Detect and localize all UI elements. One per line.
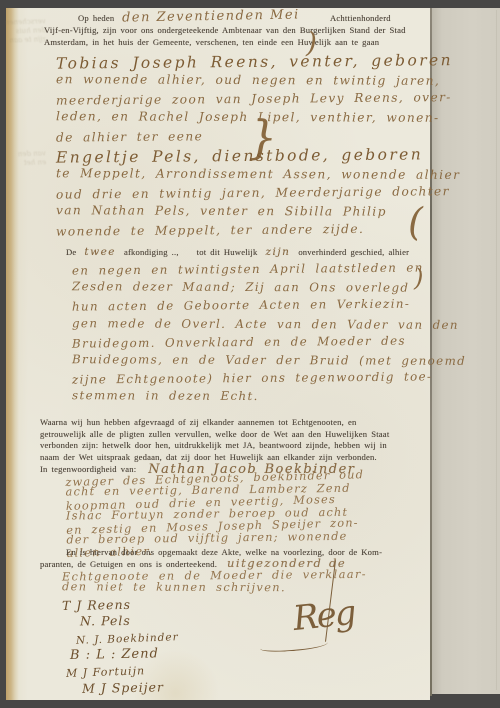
facing-page [432, 8, 500, 694]
date-handwritten: den Zeventienden Mei [122, 7, 300, 25]
bride-paragraph: Engeltje Pels, dienstbode, geborente Mep… [56, 147, 426, 239]
bride-paren-icon: ( [408, 200, 423, 244]
facing-page-edge [496, 10, 497, 690]
text-line: te Meppelt, Arrondissement Assen, wonend… [56, 165, 426, 185]
text-line: gen mede de Overl. Acte van den Vader va… [72, 314, 432, 334]
witnesses-paragraph: zwager des Echtgenoots, boekbinder oudac… [65, 469, 446, 559]
bleed-through-text: van den en het [6, 149, 47, 168]
text-line: leden, en Rachel Joseph Lipel, venthier,… [56, 107, 426, 127]
official-signature: Reg [291, 593, 356, 639]
text-line: Bruidegom. Onverklaard en de Moeder des [72, 331, 432, 352]
text-line: van Nathan Pels, venter en Sibilla Phili… [56, 201, 426, 221]
text-line: de alhier ter eene [56, 125, 426, 147]
bleed-through-text: verschenen den huis zijn te aan [2, 17, 47, 46]
text-line: B : L : Zend [70, 646, 179, 664]
text-line: stemmen in dezen Echt. [72, 387, 432, 407]
signature-list: T J ReensN. PelsN. J. BoekbinderB : L : … [62, 597, 179, 696]
opening-line-3: Amsterdam, in het huis der Gemeente, ver… [44, 37, 422, 49]
text-line: Waarna wij hun hebben afgevraagd of zij … [40, 417, 460, 429]
banns-zijn-handwritten: zijn [265, 246, 290, 258]
banns-paragraph: en negen en twintigsten April laatstlede… [72, 260, 432, 406]
banns-mid: tot dit Huwelijk [197, 247, 258, 257]
banns-count-handwritten: twee [84, 246, 116, 258]
text-line: M J Speijer [82, 679, 179, 697]
banns-word: afkondiging .., [124, 247, 179, 257]
banns-paren-icon: ) [414, 264, 423, 292]
text-line: en wonende alhier, oud negen en twintig … [56, 71, 426, 91]
year-word: Achttienhonderd [330, 13, 391, 25]
text-line: N. Pels [80, 613, 179, 630]
text-line: T J Reens [62, 596, 179, 614]
text-line: hun acten de Geboorte Acten en Verkiezin… [72, 295, 432, 316]
opening-prefix: Op heden [78, 13, 114, 25]
vows-paragraph: Waarna wij hun hebben afgevraagd of zij … [40, 417, 460, 463]
banns-prefix: De [66, 247, 76, 257]
groom-paragraph: Tobias Joseph Reens, venter, geborenen w… [56, 53, 426, 145]
text-line: verbonden zijn: hetwelk door hen, uitdru… [40, 440, 460, 452]
banns-line: De twee afkondiging .., tot dit Huwelijk… [66, 247, 422, 259]
document-scan: verschenen den huis zijn te aan van den … [0, 0, 500, 708]
text-line: wonende te Meppelt, ter andere zijde. [56, 219, 426, 241]
text-line: getrouwelijk alle de pligten zullen verv… [40, 429, 460, 441]
opening-line-2: Vijf-en-Vijftig, zijn voor ons ondergete… [44, 25, 422, 37]
witnesses-intro: In tegenwoordigheid van: [40, 464, 136, 474]
closing-line-2: paranten, de Getuigen en ons is ondertee… [40, 559, 217, 569]
banns-suffix: onverhinderd geschied, alhier [298, 247, 409, 257]
exception-paragraph: Echtgenoote en de Moeder die verklaar-de… [62, 570, 402, 595]
